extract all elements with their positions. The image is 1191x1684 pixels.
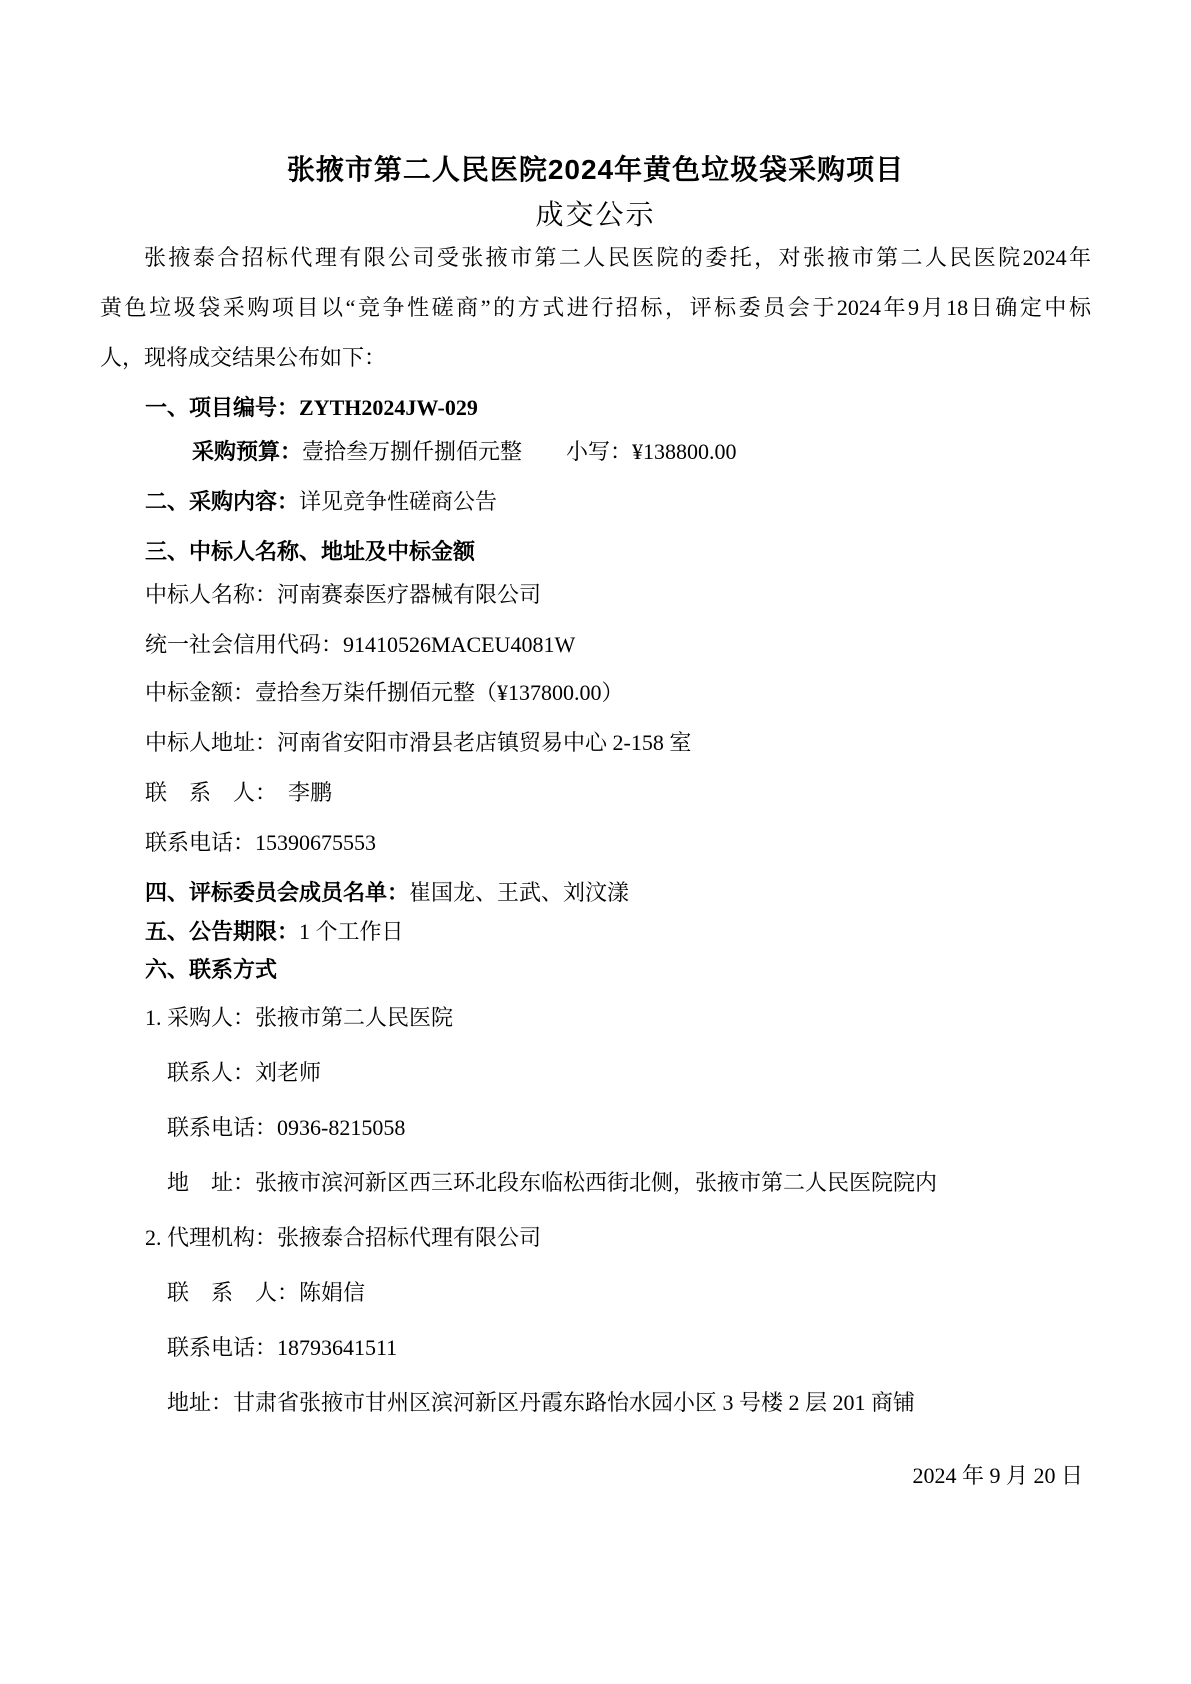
winner-amount: 中标金额：壹拾叁万柒仟捌佰元整（¥137800.00） [145,679,624,707]
budget-amount-figures: 小写：¥138800.00 [566,439,737,464]
agency-contact-phone: 联系电话：18793641511 [167,1334,397,1362]
document-page: 张掖市第二人民医院2024年黄色垃圾袋采购项目 成交公示 张掖泰合招标代理有限公… [0,0,1191,1684]
committee-label: 四、评标委员会成员名单： [145,880,409,905]
budget-line: 采购预算：壹拾叁万捌仟捌佰元整小写：¥138800.00 [192,438,737,466]
purchaser-name: 1. 采购人：张掖市第二人民医院 [145,1004,453,1032]
procurement-content-label: 二、采购内容： [145,489,299,514]
doc-subtitle: 成交公示 [0,198,1191,233]
budget-label: 采购预算： [192,439,302,464]
agency-address: 地址：甘肃省张掖市甘州区滨河新区丹霞东路怡水园小区 3 号楼 2 层 201 商… [167,1389,915,1417]
winner-contact-person: 联 系 人： 李鹏 [145,779,332,807]
section-committee: 四、评标委员会成员名单：崔国龙、王武、刘汶漾 [145,879,629,907]
winner-credit-code: 统一社会信用代码：91410526MACEU4081W [145,631,575,659]
purchaser-contact-person: 联系人：刘老师 [167,1059,321,1087]
section-notice-period: 五、公告期限：1 个工作日 [145,918,404,946]
agency-name: 2. 代理机构：张掖泰合招标代理有限公司 [145,1224,541,1252]
notice-period-label: 五、公告期限： [145,919,299,944]
committee-members: 崔国龙、王武、刘汶漾 [409,880,629,905]
section-project-number: 一、项目编号：ZYTH2024JW-029 [145,394,478,422]
purchaser-address: 地 址：张掖市滨河新区西三环北段东临松西街北侧，张掖市第二人民医院院内 [167,1169,937,1197]
project-number-label: 一、项目编号： [145,395,299,420]
section-winner-heading: 三、中标人名称、地址及中标金额 [145,538,475,566]
winner-contact-phone: 联系电话：15390675553 [145,829,376,857]
doc-date: 2024 年 9 月 20 日 [912,1462,1083,1490]
section-contact-heading: 六、联系方式 [145,956,277,984]
winner-address: 中标人地址：河南省安阳市滑县老店镇贸易中心 2-158 室 [145,729,691,757]
agency-contact-person: 联 系 人：陈娟信 [167,1279,365,1307]
section-procurement-content: 二、采购内容：详见竞争性磋商公告 [145,488,497,516]
intro-line-3: 人，现将成交结果公布如下： [100,344,1091,372]
intro-line-2: 黄色垃圾袋采购项目以“竞争性磋商”的方式进行招标，评标委员会于2024年9月18… [100,294,1091,322]
purchaser-contact-phone: 联系电话：0936-8215058 [167,1114,405,1142]
winner-name: 中标人名称：河南赛泰医疗器械有限公司 [145,581,541,609]
notice-period-value: 1 个工作日 [299,919,404,944]
intro-line-1: 张掖泰合招标代理有限公司受张掖市第二人民医院的委托，对张掖市第二人民医院2024… [100,244,1091,272]
project-number-value: ZYTH2024JW-029 [299,395,478,420]
doc-title: 张掖市第二人民医院2024年黄色垃圾袋采购项目 [0,152,1191,187]
budget-amount-words: 壹拾叁万捌仟捌佰元整 [302,439,522,464]
procurement-content-value: 详见竞争性磋商公告 [299,489,497,514]
